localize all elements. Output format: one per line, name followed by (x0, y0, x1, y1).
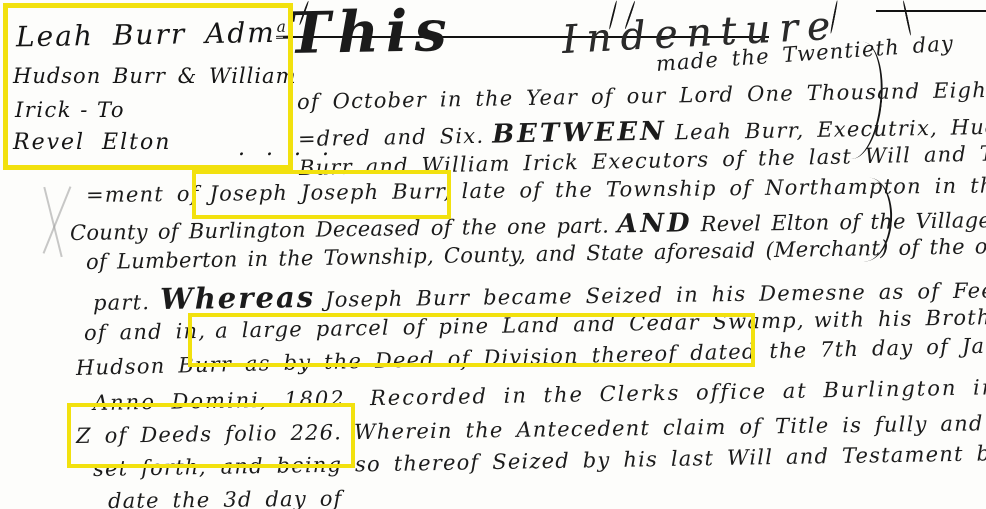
manuscript-text: Leah Burr, Executrix, Hudson (675, 114, 986, 144)
document-page: Leah Burr Adma Hudson Burr & William Iri… (0, 0, 986, 509)
docket-line-parties: Leah Burr Adma (16, 16, 289, 54)
heading-word-this: This (287, 0, 454, 67)
manuscript-text: with his Brother (813, 305, 986, 333)
docket-name-leah-burr: Leah Burr Adm (16, 16, 276, 54)
manuscript-text: Wherein the Antecedent claim of Title is… (342, 410, 986, 444)
highlighted-folio-reference: Z of Deeds folio 226. (76, 420, 342, 448)
highlighted-name-joseph-burr: Joseph Joseph Burr, (199, 179, 461, 206)
manuscript-line: Anno Domini, 1802. Recorded in the Clerk… (93, 374, 986, 415)
manuscript-text: County of Burlington Deceased of the one… (70, 213, 609, 245)
manuscript-line: set forth; and being so thereof Seized b… (93, 440, 986, 481)
docket-line-to: Irick - To (15, 98, 125, 122)
manuscript-text: Revel Elton of the Village (700, 208, 986, 236)
docket-line-grantee: Revel Elton (13, 130, 171, 155)
manuscript-text: late of the Township of Northampton in t… (461, 173, 986, 203)
manuscript-line: date the 3d day of (108, 487, 343, 509)
manuscript-text: part. (93, 290, 150, 315)
keyword-between: BETWEEN (484, 116, 675, 149)
manuscript-line: Z of Deeds folio 226.Wherein the Anteced… (76, 410, 986, 448)
manuscript-text: of and in, (84, 319, 207, 345)
docket-line-executors: Hudson Burr & William (13, 64, 297, 88)
keyword-whereas: Whereas (150, 280, 325, 316)
manuscript-line: of October in the Year of our Lord One T… (297, 77, 986, 114)
manuscript-line: =ment ofJoseph Joseph Burr,late of the T… (86, 173, 986, 207)
manuscript-text: =dred and Six. (298, 124, 485, 151)
keyword-and: AND (609, 208, 701, 239)
manuscript-text: =ment of (86, 182, 200, 207)
top-right-ruled-line (876, 10, 986, 12)
pen-flourish (902, 0, 911, 36)
